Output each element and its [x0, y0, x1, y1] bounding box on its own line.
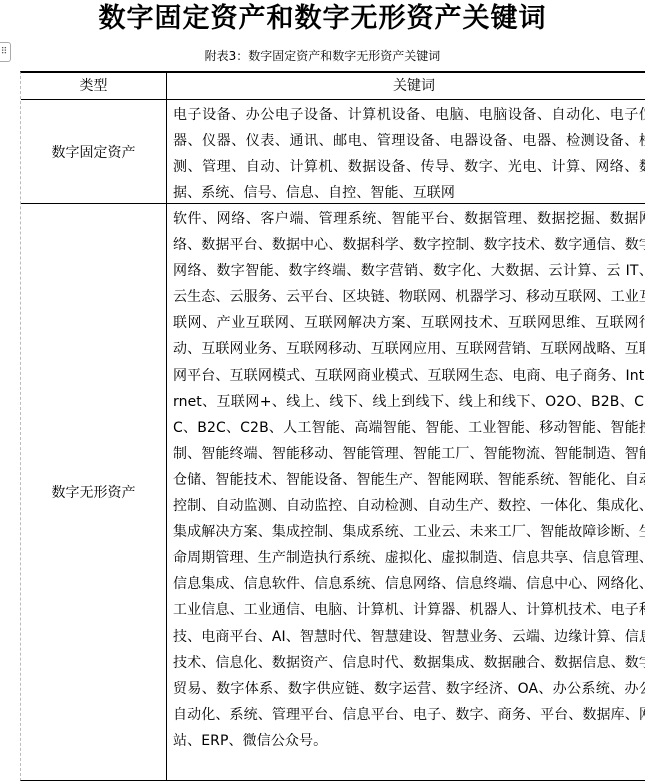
header-type: 类型: [21, 73, 167, 99]
document-title: 数字固定资产和数字无形资产关键词: [0, 2, 645, 36]
table-row: 数字无形资产 软件、网络、客户端、管理系统、智能平台、数据管理、数据挖掘、数据网…: [21, 204, 645, 780]
type-cell: 数字无形资产: [21, 204, 167, 780]
keywords-cell: 电子设备、办公电子设备、计算机设备、电脑、电脑设备、自动化、电子仪器、仪器、仪表…: [167, 100, 645, 203]
keywords-table: 类型 关键词 数字固定资产 电子设备、办公电子设备、计算机设备、电脑、电脑设备、…: [20, 71, 645, 781]
type-cell: 数字固定资产: [21, 100, 167, 203]
table-header-row: 类型 关键词: [21, 73, 645, 100]
table-row: 数字固定资产 电子设备、办公电子设备、计算机设备、电脑、电脑设备、自动化、电子仪…: [21, 100, 645, 204]
table-caption: 附表3：数字固定资产和数字无形资产关键词: [0, 48, 645, 64]
keywords-cell: 软件、网络、客户端、管理系统、智能平台、数据管理、数据挖掘、数据网络、数据平台、…: [167, 204, 645, 780]
header-keywords: 关键词: [167, 73, 645, 99]
